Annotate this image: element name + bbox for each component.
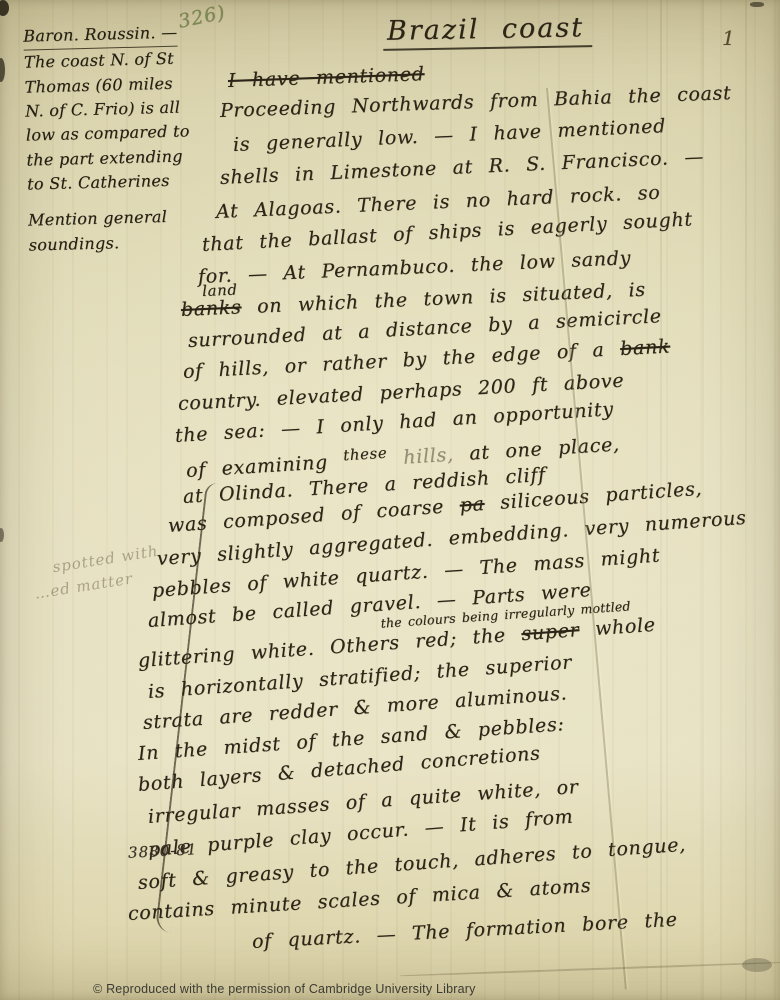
margin-note-line: to St. Catherines: [27, 167, 228, 197]
pencil-annotation: spotted with: [51, 542, 159, 577]
ink-smudge: [750, 2, 764, 7]
manuscript-page: 326) 1 Brazil coast Baron. Roussin. — Th…: [0, 0, 780, 1000]
ink-smudge: [0, 58, 5, 82]
paper-crease: [745, 0, 747, 1000]
strikethrough-text: banks: [181, 296, 242, 321]
ink-smudge: [0, 528, 4, 542]
strikethrough-text: pa: [459, 493, 485, 517]
copyright-notice: © Reproduced with the permission of Camb…: [93, 982, 476, 996]
strikethrough-text: super: [521, 619, 580, 645]
paper-crease: [660, 0, 662, 1000]
inserted-word: land: [202, 282, 238, 301]
body-line: I have mentioned: [228, 63, 425, 92]
body-line: of quartz. — The formation bore the: [251, 909, 678, 953]
page-title: Brazil coast: [383, 12, 593, 51]
ink-smudge: [742, 958, 772, 972]
paper-crease: [702, 0, 704, 1000]
ink-smudge: [0, 0, 9, 16]
margin-note-line: soundings.: [28, 228, 229, 258]
inserted-word: these: [343, 445, 388, 465]
page-number: 1: [722, 26, 735, 50]
pencil-annotation: …ed matter: [33, 569, 134, 602]
paper-crease: [400, 961, 780, 976]
strikethrough-text: bank: [620, 335, 671, 360]
margin-note: Baron. Roussin. — The coast N. of St Tho…: [23, 19, 229, 257]
strikethrough-text: I have mentioned: [228, 63, 425, 92]
